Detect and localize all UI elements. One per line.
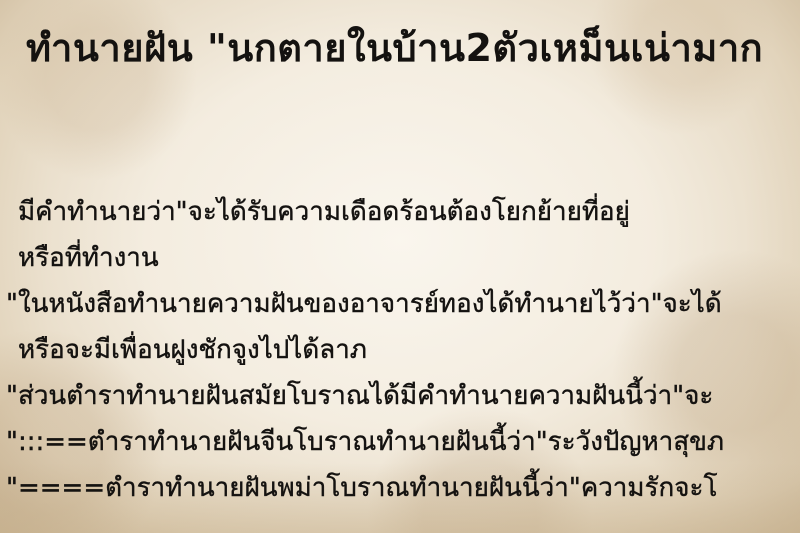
text-line: หรือที่ทำงาน bbox=[18, 238, 159, 278]
text-line: "ส่วนตำราทำนายฝันสมัยโบราณได้มีคำทำนายคว… bbox=[6, 376, 713, 416]
page-title: ทำนายฝัน "นกตายในบ้าน2ตัวเหม็นเน่ามาก bbox=[26, 18, 763, 78]
text-line: ":::==ตำราทำนายฝันจีนโบราณทำนายฝันนี้ว่า… bbox=[6, 422, 724, 462]
text-line: "====ตำราทำนายฝันพม่าโบราณทำนายฝันนี้ว่า… bbox=[6, 468, 717, 508]
text-line: "ในหนังสือทำนายความฝันของอาจารย์ทองได้ทำ… bbox=[6, 284, 722, 324]
text-line: มีคำทำนายว่า"จะได้รับความเดือดร้อนต้องโย… bbox=[18, 192, 630, 232]
text-line: หรือจะมีเพื่อนฝูงชักจูงไปได้ลาภ bbox=[18, 330, 367, 370]
